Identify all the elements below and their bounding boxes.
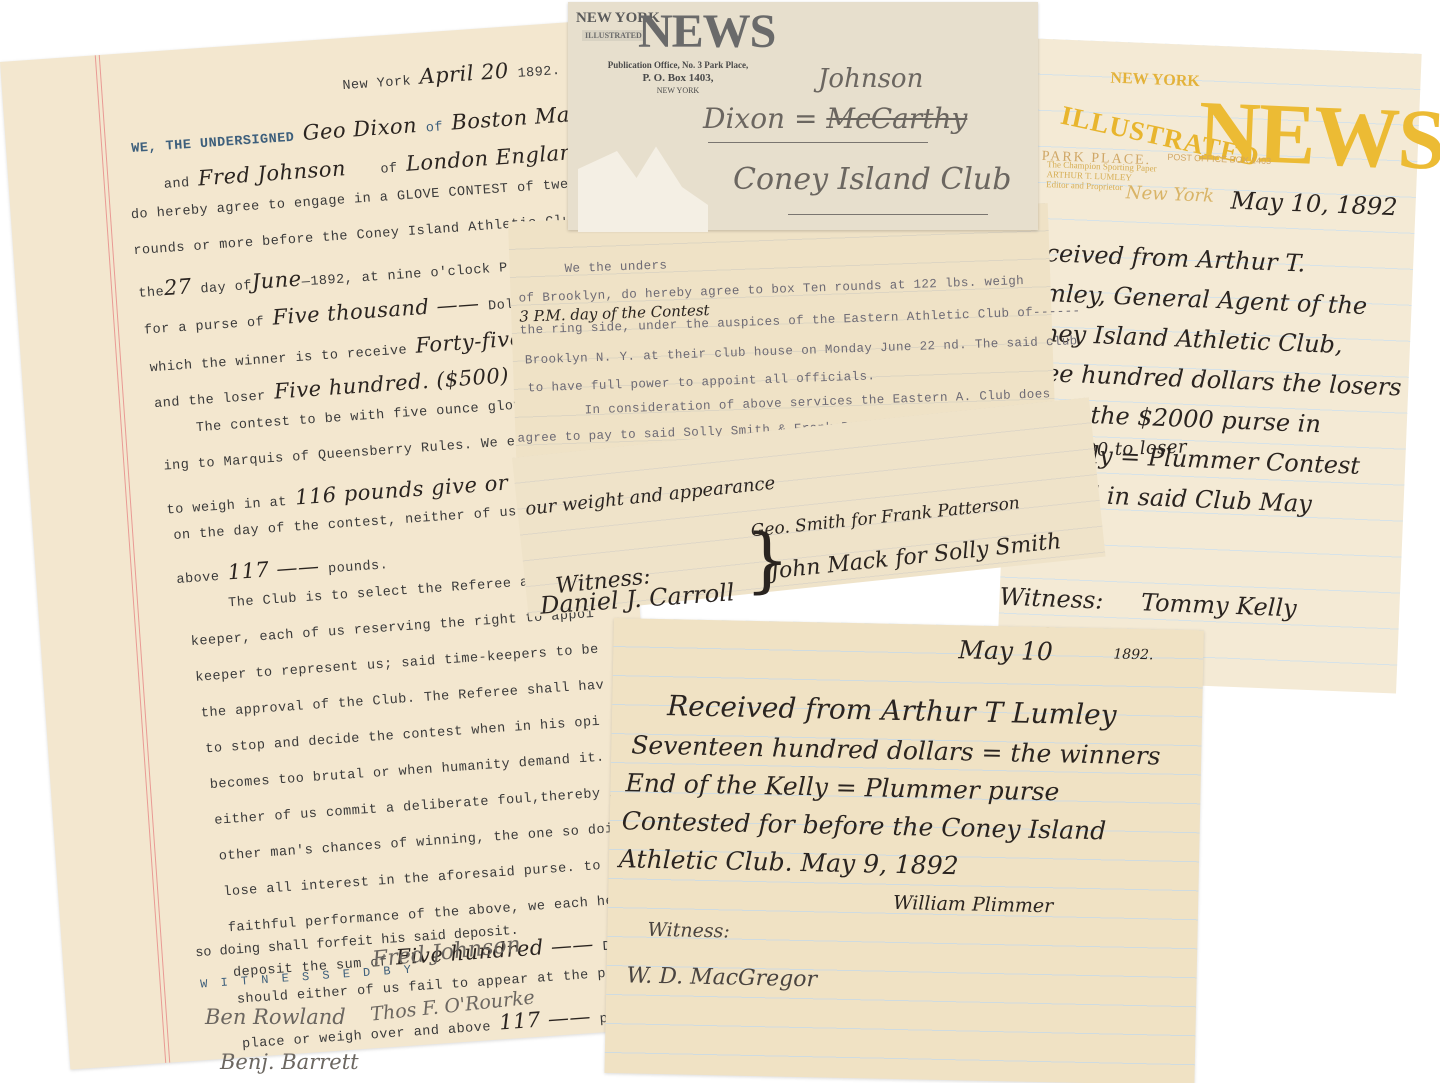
handwritten-guarantee-line: our weight and appearance: [524, 473, 776, 520]
letterhead-printed-city: New York: [1125, 182, 1214, 207]
receipt-body-line: Contested for before the Coney Island: [621, 806, 1106, 845]
receipt-witness-label: Witness:: [647, 919, 730, 943]
pencil-coney-island-club: Coney Island Club: [733, 162, 1011, 197]
contract-line: either of us commit a deliberate foul,th…: [214, 786, 618, 829]
receipt-body-line: End of the Kelly = Plummer purse: [625, 768, 1059, 806]
pencil-johnson: Johnson: [818, 64, 923, 94]
envelope-logo-news: NEWS: [638, 4, 775, 59]
pencil-underline: [708, 142, 928, 143]
agreement-line: We the unders: [564, 258, 667, 276]
receipt-witness-name: W. D. MacGregor: [626, 963, 817, 992]
envelope-torn-corner: [578, 142, 708, 232]
letterhead-date: May 10, 1892: [1230, 187, 1398, 222]
letterhead-signature-line: Witness: Tommy Kelly: [999, 583, 1297, 623]
contract-line: becomes too brutal or when humanity dema…: [209, 751, 605, 794]
envelope-address: NEW YORK: [598, 86, 758, 95]
contract-header: New York April 20 1892.: [341, 55, 561, 94]
brace-symbol: }: [745, 525, 790, 595]
contract-line: the approval of the Club. The Referee sh…: [200, 678, 604, 721]
letterhead-body-line: three hundred dollars the losers: [1008, 358, 1402, 402]
receipt-year: 1892.: [1113, 646, 1153, 663]
envelope-logo-banner: ILLUSTRATED: [582, 30, 645, 41]
receipt-date: May 10: [958, 635, 1053, 666]
receipt-body-line: Seventeen hundred dollars = the winners: [631, 730, 1161, 770]
pencil-matchup: Dixon = McCarthy: [703, 102, 967, 135]
receipt-body-line: Athletic Club. May 9, 1892: [619, 844, 959, 880]
letterhead-body-line: Received from Arthur T.: [1013, 238, 1306, 278]
contract-line: other man's chances of winning, the one …: [218, 821, 622, 864]
plimmer-receipt: May 10 1892. Received from Arthur T Luml…: [604, 618, 1203, 1083]
agreement-line: of Brooklyn, do hereby agree to box Ten …: [518, 274, 1024, 306]
agreement-line: Brooklyn N. Y. at their club house on Mo…: [525, 334, 1078, 367]
contract-line: keeper to represent us; said time-keeper…: [195, 643, 599, 686]
envelope-address: Publication Office, No. 3 Park Place,: [598, 60, 758, 70]
signature-geo-smith: Geo. Smith for Frank Patterson: [750, 493, 1021, 541]
pencil-underline: [788, 214, 988, 215]
contract-line: lose all interest in the aforesaid purse…: [223, 857, 627, 900]
signature-benj-barrett: Benj. Barrett: [220, 1050, 359, 1074]
contract-line: above 117 —— pounds.: [175, 549, 388, 588]
illustrated-news-letterhead-receipt: NEW YORK ILLUSTRATED NEWS The Champion S…: [996, 38, 1421, 694]
contract-line: to stop and decide the contest when in h…: [205, 715, 601, 758]
signature-ben-rowland: Ben Rowland: [205, 1005, 346, 1029]
envelope-address: P. O. Box 1403,: [598, 72, 758, 84]
ny-news-envelope: NEW YORK ILLUSTRATED NEWS Publication Of…: [568, 2, 1038, 230]
agreement-line: to have full power to appoint all offici…: [528, 369, 876, 395]
receipt-body-line: Received from Arthur T Lumley: [667, 689, 1117, 731]
signature-william-plimmer: William Plimmer: [893, 892, 1054, 917]
